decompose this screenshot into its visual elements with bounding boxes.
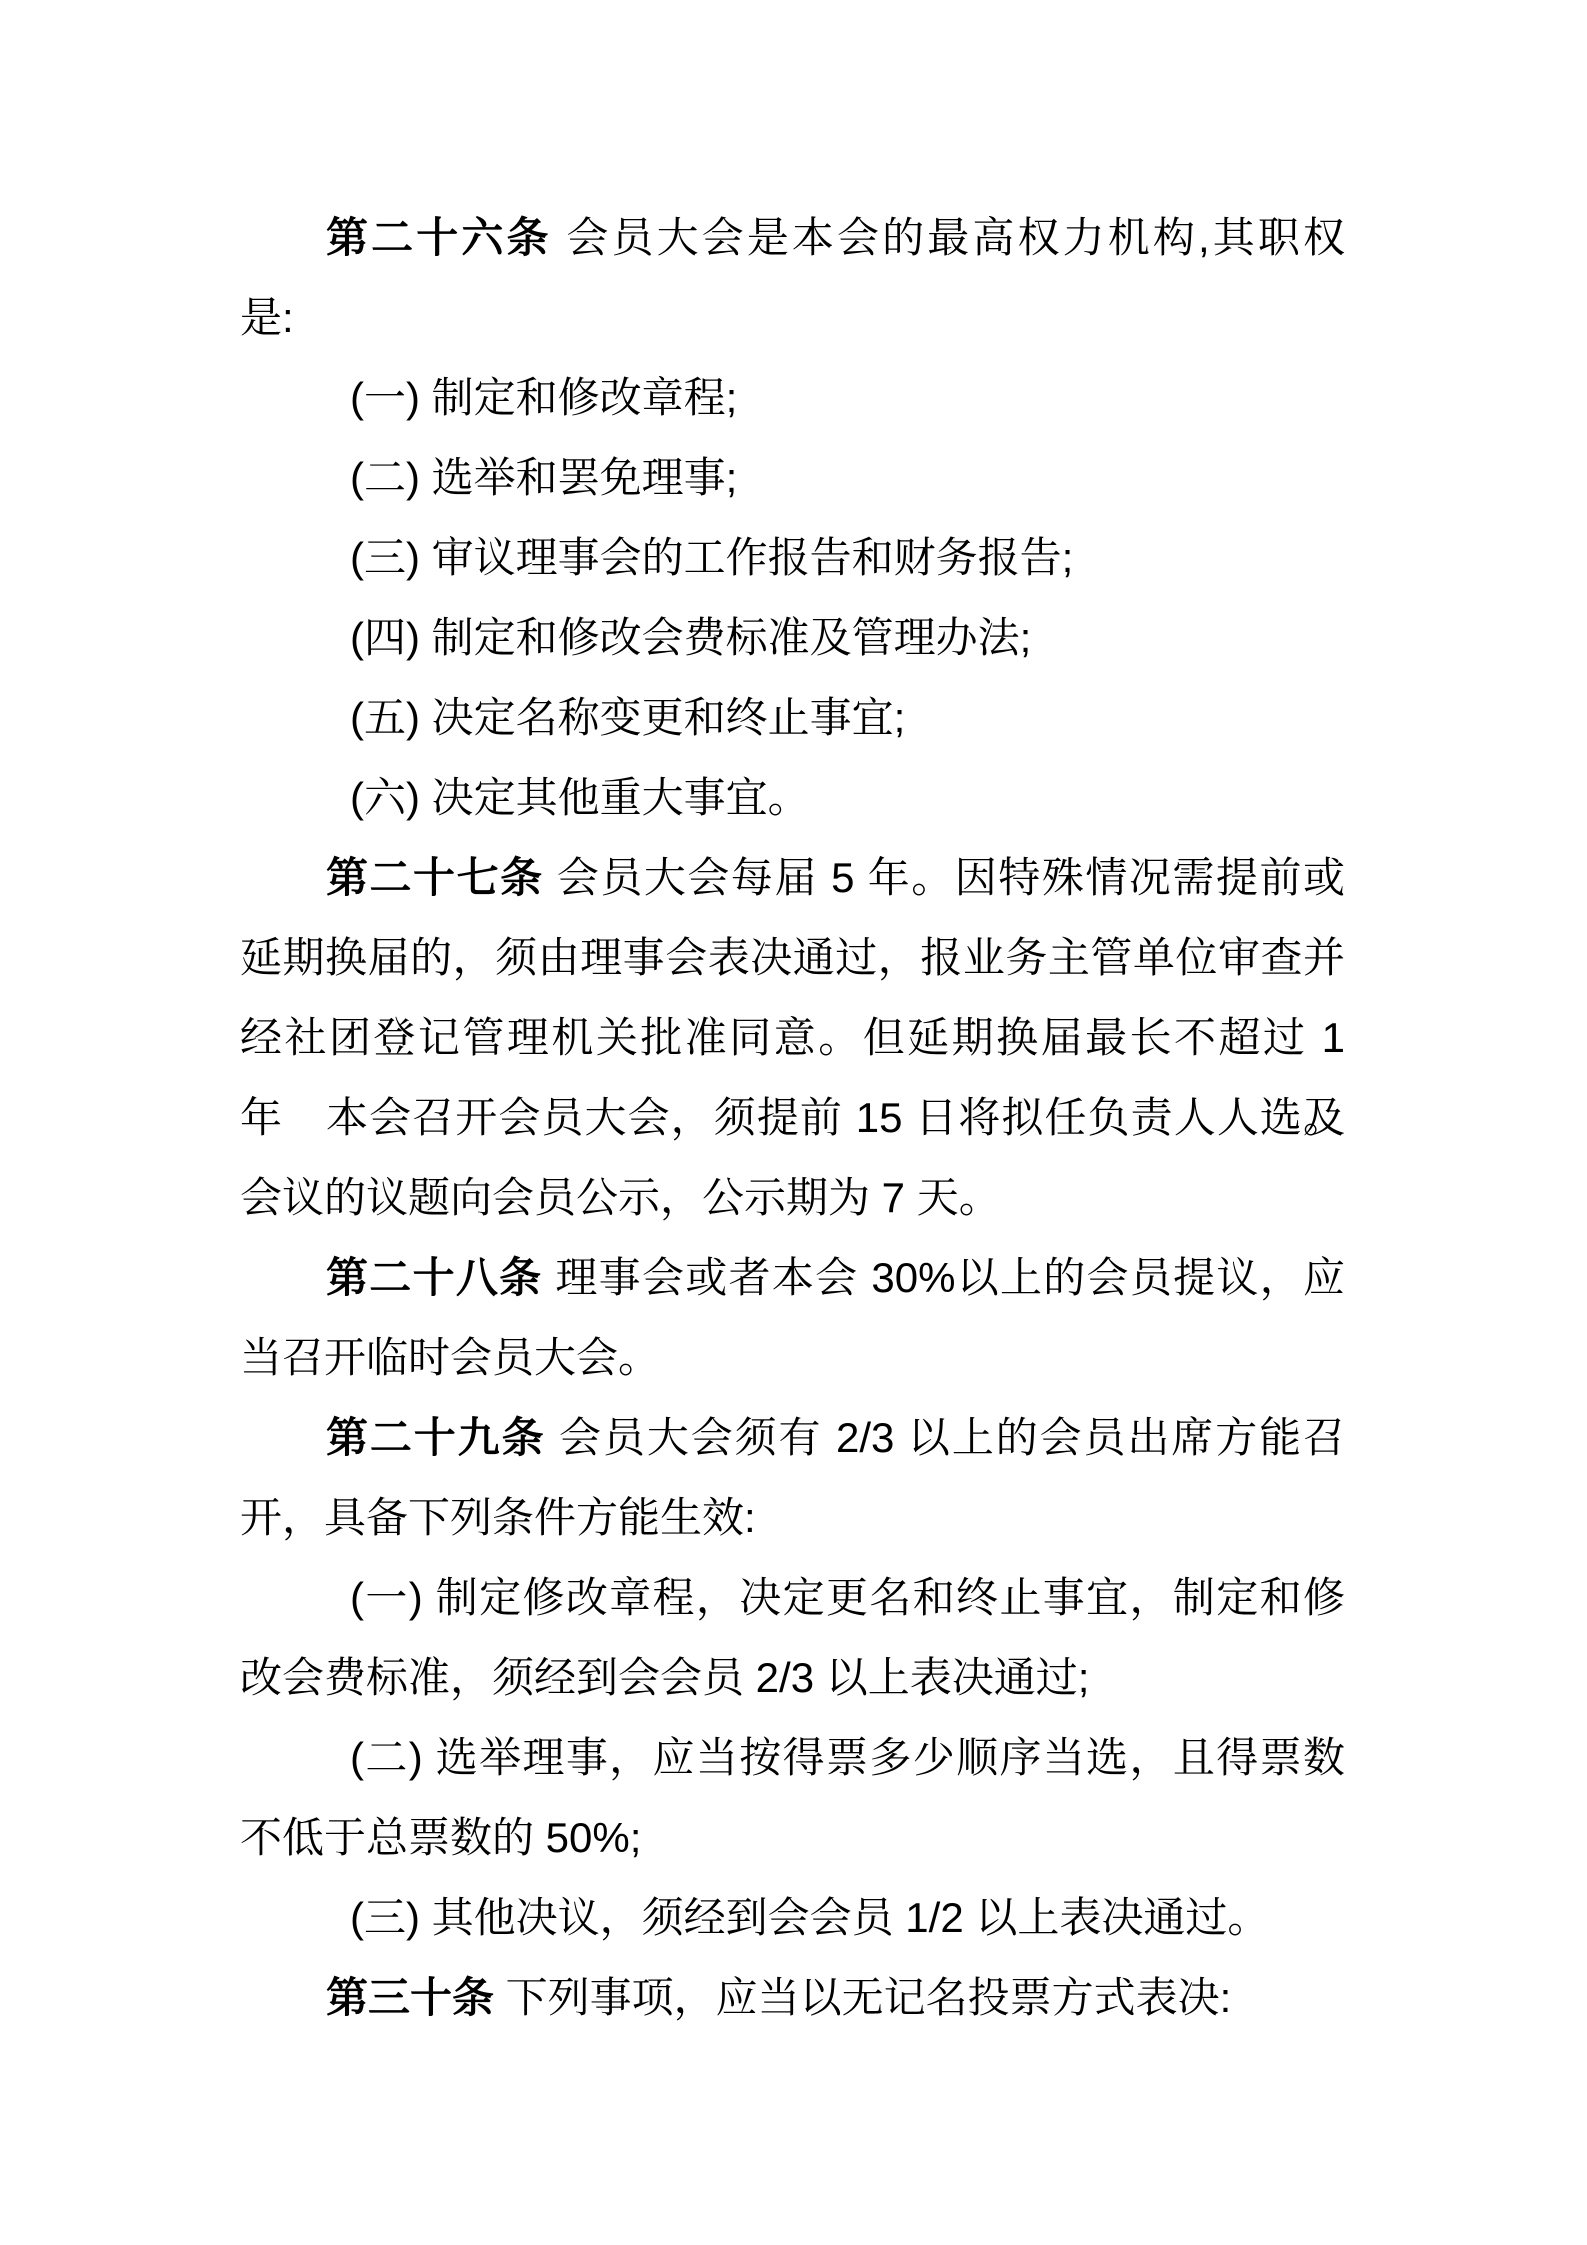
text-segment: 本会召开会员大会，须提前 15 日将拟任负责人人选及 xyxy=(326,1094,1345,1141)
text-line: 第三十条 下列事项，应当以无记名投票方式表决: xyxy=(240,1958,1345,2038)
text-line: (一) 制定修改章程，决定更名和终止事宜，制定和修 xyxy=(240,1558,1345,1638)
text-segment: 改会费标准，须经到会会员 2/3 以上表决通过; xyxy=(240,1654,1089,1701)
text-line: (四) 制定和修改会费标准及管理办法; xyxy=(240,598,1345,678)
text-line: 是: xyxy=(240,278,1345,358)
text-line: 不低于总票数的 50%; xyxy=(240,1798,1345,1878)
text-line: 当召开临时会员大会。 xyxy=(240,1318,1345,1398)
text-line: 第二十九条 会员大会须有 2/3 以上的会员出席方能召 xyxy=(240,1398,1345,1478)
text-line: 开，具备下列条件方能生效: xyxy=(240,1478,1345,1558)
article-number-label: 第三十条 xyxy=(326,1974,494,2021)
text-line: (五) 决定名称变更和终止事宜; xyxy=(240,678,1345,758)
text-line: 第二十六条 会员大会是本会的最高权力机构,其职权 xyxy=(240,198,1345,278)
text-segment: 理事会或者本会 30%以上的会员提议，应 xyxy=(542,1254,1345,1301)
text-segment: 会员大会须有 2/3 以上的会员出席方能召 xyxy=(545,1414,1345,1461)
text-segment: 是: xyxy=(240,294,294,341)
text-segment: 会员大会是本会的最高权力机构,其职权 xyxy=(552,214,1345,261)
text-segment: (六) 决定其他重大事宜。 xyxy=(350,774,810,821)
text-segment: 会议的议题向会员公示，公示期为 7 天。 xyxy=(240,1174,1001,1221)
document-text-block: 第二十六条 会员大会是本会的最高权力机构,其职权是:(一) 制定和修改章程;(二… xyxy=(240,198,1345,2038)
text-line: 改会费标准，须经到会会员 2/3 以上表决通过; xyxy=(240,1638,1345,1718)
text-segment: (一) 制定修改章程，决定更名和终止事宜，制定和修 xyxy=(350,1574,1345,1621)
document-page: 第二十六条 会员大会是本会的最高权力机构,其职权是:(一) 制定和修改章程;(二… xyxy=(0,0,1587,2245)
text-line: (二) 选举理事，应当按得票多少顺序当选，且得票数 xyxy=(240,1718,1345,1798)
text-line: (二) 选举和罢免理事; xyxy=(240,438,1345,518)
text-segment: (五) 决定名称变更和终止事宜; xyxy=(350,694,905,741)
text-line: 延期换届的，须由理事会表决通过，报业务主管单位审查并 xyxy=(240,918,1345,998)
text-segment: (二) 选举理事，应当按得票多少顺序当选，且得票数 xyxy=(350,1734,1345,1781)
text-segment: 当召开临时会员大会。 xyxy=(240,1334,660,1381)
article-number-label: 第二十七条 xyxy=(326,854,544,901)
text-line: (一) 制定和修改章程; xyxy=(240,358,1345,438)
text-segment: 开，具备下列条件方能生效: xyxy=(240,1494,756,1541)
text-segment: 不低于总票数的 50%; xyxy=(240,1814,641,1861)
text-segment: 延期换届的，须由理事会表决通过，报业务主管单位审查并 xyxy=(240,934,1345,981)
text-line: 会议的议题向会员公示，公示期为 7 天。 xyxy=(240,1158,1345,1238)
text-line: 本会召开会员大会，须提前 15 日将拟任负责人人选及 xyxy=(240,1078,1345,1158)
text-segment: 会员大会每届 5 年。因特殊情况需提前或 xyxy=(544,854,1345,901)
text-line: (六) 决定其他重大事宜。 xyxy=(240,758,1345,838)
text-segment: (二) 选举和罢免理事; xyxy=(350,454,737,501)
text-segment: (一) 制定和修改章程; xyxy=(350,374,737,421)
text-line: (三) 审议理事会的工作报告和财务报告; xyxy=(240,518,1345,598)
text-segment: 下列事项，应当以无记名投票方式表决: xyxy=(494,1974,1231,2021)
text-line: (三) 其他决议，须经到会会员 1/2 以上表决通过。 xyxy=(240,1878,1345,1958)
text-line: 第二十八条 理事会或者本会 30%以上的会员提议，应 xyxy=(240,1238,1345,1318)
text-line: 第二十七条 会员大会每届 5 年。因特殊情况需提前或 xyxy=(240,838,1345,918)
article-number-label: 第二十六条 xyxy=(326,214,552,261)
text-segment: (三) 审议理事会的工作报告和财务报告; xyxy=(350,534,1073,581)
article-number-label: 第二十九条 xyxy=(326,1414,545,1461)
article-number-label: 第二十八条 xyxy=(326,1254,542,1301)
text-segment: (四) 制定和修改会费标准及管理办法; xyxy=(350,614,1031,661)
text-line: 经社团登记管理机关批准同意。但延期换届最长不超过 1 年。 xyxy=(240,998,1345,1078)
text-segment: (三) 其他决议，须经到会会员 1/2 以上表决通过。 xyxy=(350,1894,1269,1941)
